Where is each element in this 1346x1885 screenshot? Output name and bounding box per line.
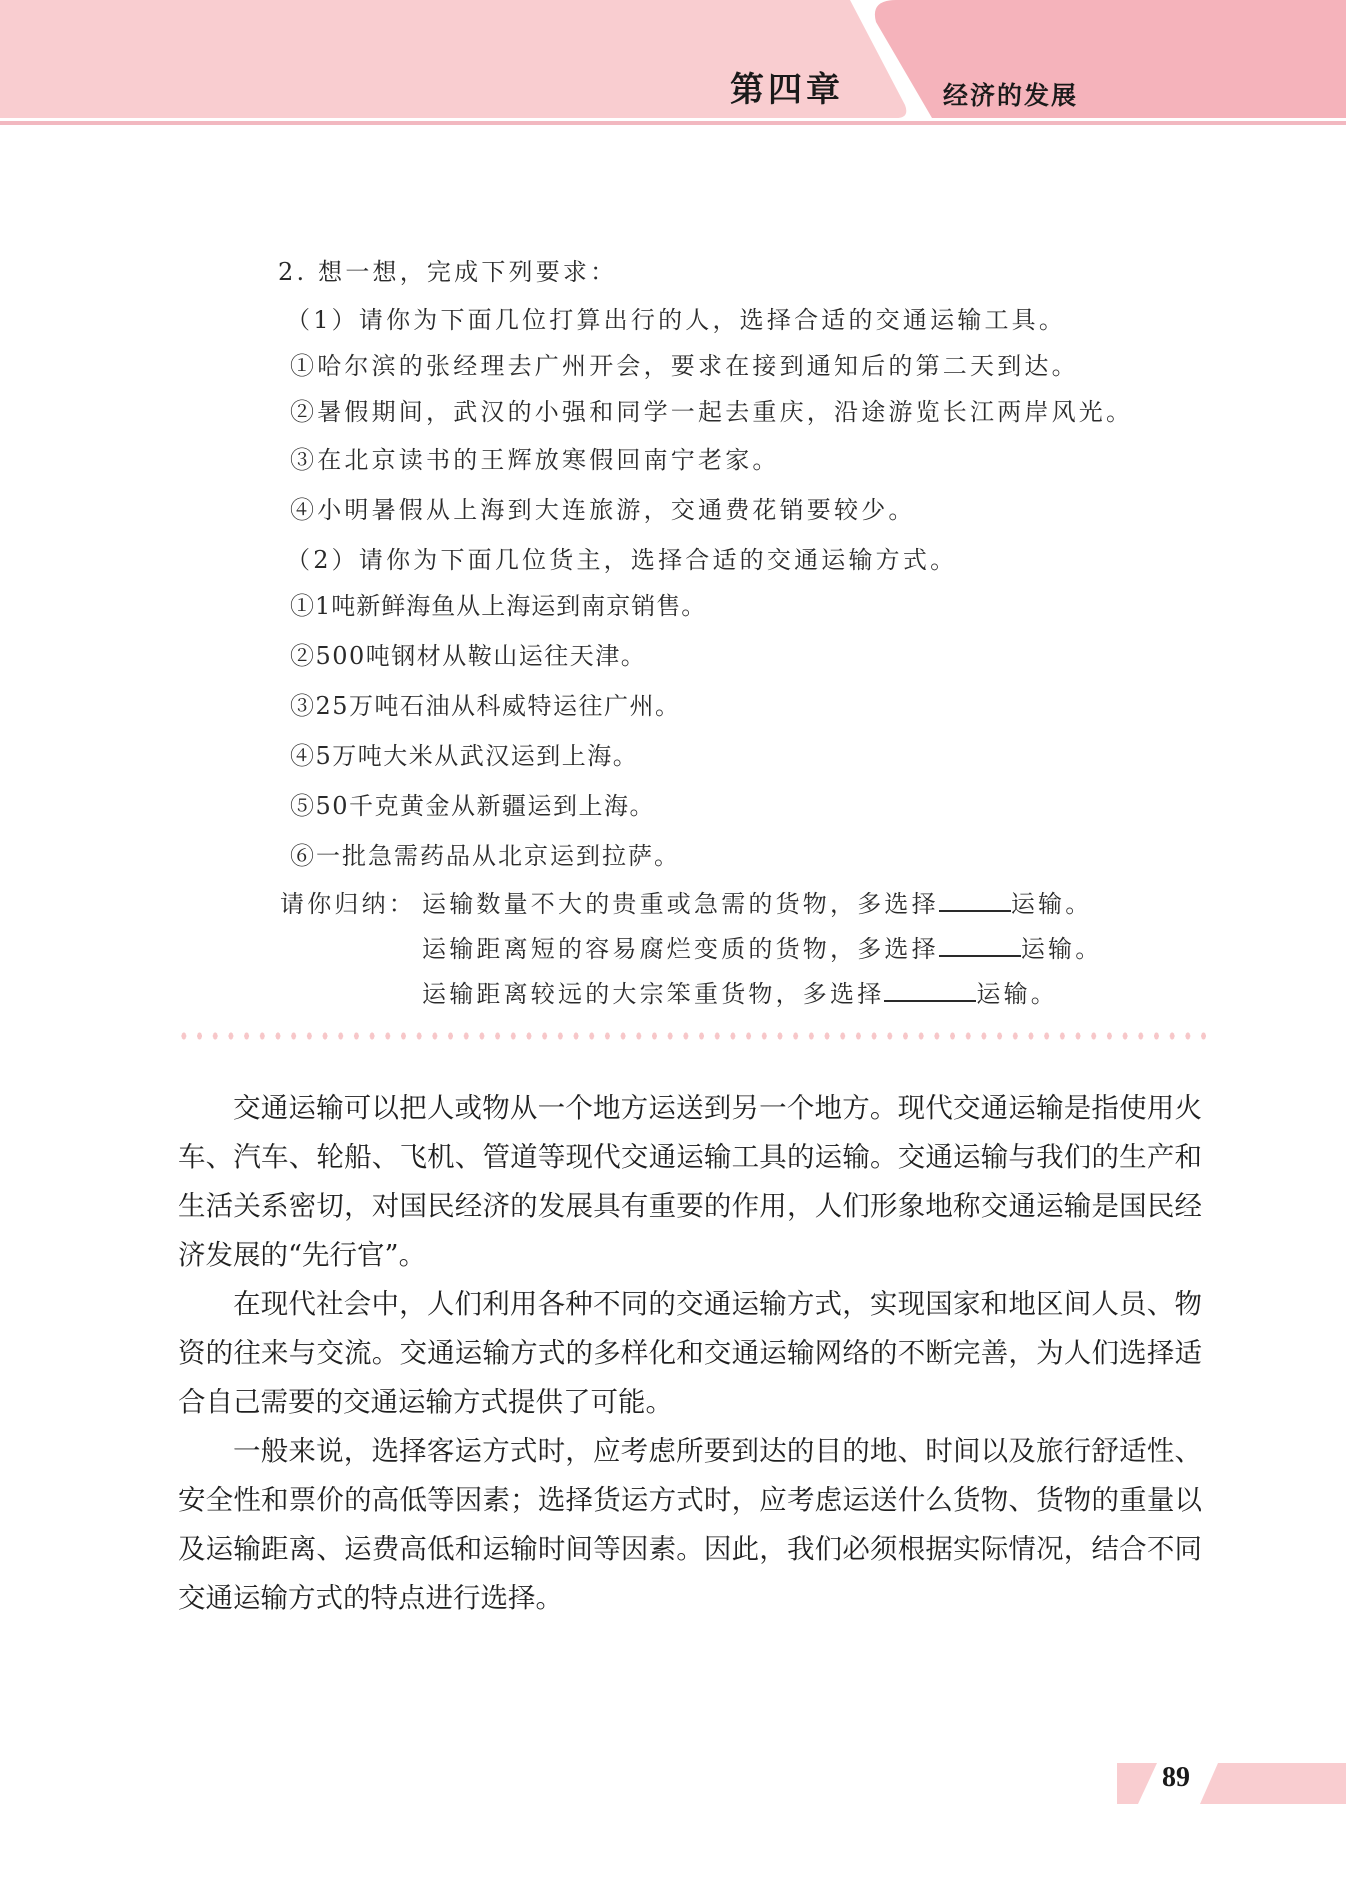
fill-in-blank[interactable] [939, 890, 1011, 912]
part2-label: （2）请你为下面几位货主，选择合适的交通运输方式。 [286, 540, 957, 575]
summary-text: 运输。 [1021, 935, 1103, 963]
paragraph: 一般来说，选择客运方式时，应考虑所要到达的目的地、时间以及旅行舒适性、安全性和票… [178, 1427, 1202, 1623]
chapter-number: 第四章 [730, 62, 844, 111]
part2-item: ①1吨新鲜海鱼从上海运到南京销售。 [290, 586, 706, 621]
page-number: 89 [1162, 1762, 1190, 1794]
footer-band-decoration [0, 1755, 1346, 1805]
body-text: 交通运输可以把人或物从一个地方运送到另一个地方。现代交通运输是指使用火车、汽车、… [178, 1084, 1202, 1623]
summary-text: 运输数量不大的贵重或急需的货物，多选择 [422, 890, 939, 918]
part1-item: ③在北京读书的王辉放寒假回南宁老家。 [290, 440, 780, 475]
paragraph: 在现代社会中，人们利用各种不同的交通运输方式，实现国家和地区间人员、物资的往来与… [178, 1280, 1202, 1427]
header-bands-decoration [0, 0, 1346, 130]
summary-lead: 请你归纳： [280, 884, 416, 919]
paragraph: 交通运输可以把人或物从一个地方运送到另一个地方。现代交通运输是指使用火车、汽车、… [178, 1084, 1202, 1280]
exercise-title: 2. 想一想，完成下列要求： [278, 252, 617, 287]
part2-item: ③25万吨石油从科威特运往广州。 [290, 686, 681, 721]
summary-line: 运输数量不大的贵重或急需的货物，多选择运输。 [422, 884, 1092, 919]
summary-line: 运输距离较远的大宗笨重货物，多选择运输。 [422, 974, 1058, 1009]
part2-item: ④5万吨大米从武汉运到上海。 [290, 736, 638, 771]
page-header: 第四章 经济的发展 [0, 0, 1346, 130]
part1-item: ①哈尔滨的张经理去广州开会，要求在接到通知后的第二天到达。 [290, 346, 1079, 381]
part1-item: ②暑假期间，武汉的小强和同学一起去重庆，沿途游览长江两岸风光。 [290, 392, 1133, 427]
summary-text: 运输距离短的容易腐烂变质的货物，多选择 [422, 935, 939, 963]
summary-line: 运输距离短的容易腐烂变质的货物，多选择运输。 [422, 929, 1102, 964]
part1-label: （1）请你为下面几位打算出行的人，选择合适的交通运输工具。 [286, 300, 1066, 335]
part1-item: ④小明暑假从上海到大连旅游，交通费花销要较少。 [290, 490, 916, 525]
dotted-divider [176, 1032, 1206, 1040]
summary-text: 运输。 [1011, 890, 1093, 918]
fill-in-blank[interactable] [939, 935, 1021, 957]
chapter-title: 经济的发展 [943, 76, 1078, 112]
summary-text: 运输距离较远的大宗笨重货物，多选择 [422, 980, 884, 1008]
summary-text: 运输。 [976, 980, 1058, 1008]
part2-item: ②500吨钢材从鞍山运往天津。 [290, 636, 646, 671]
part2-item: ⑥一批急需药品从北京运到拉萨。 [290, 836, 680, 871]
part2-item: ⑤50千克黄金从新疆运到上海。 [290, 786, 655, 821]
fill-in-blank[interactable] [884, 980, 976, 1002]
page-footer [0, 1755, 1346, 1805]
